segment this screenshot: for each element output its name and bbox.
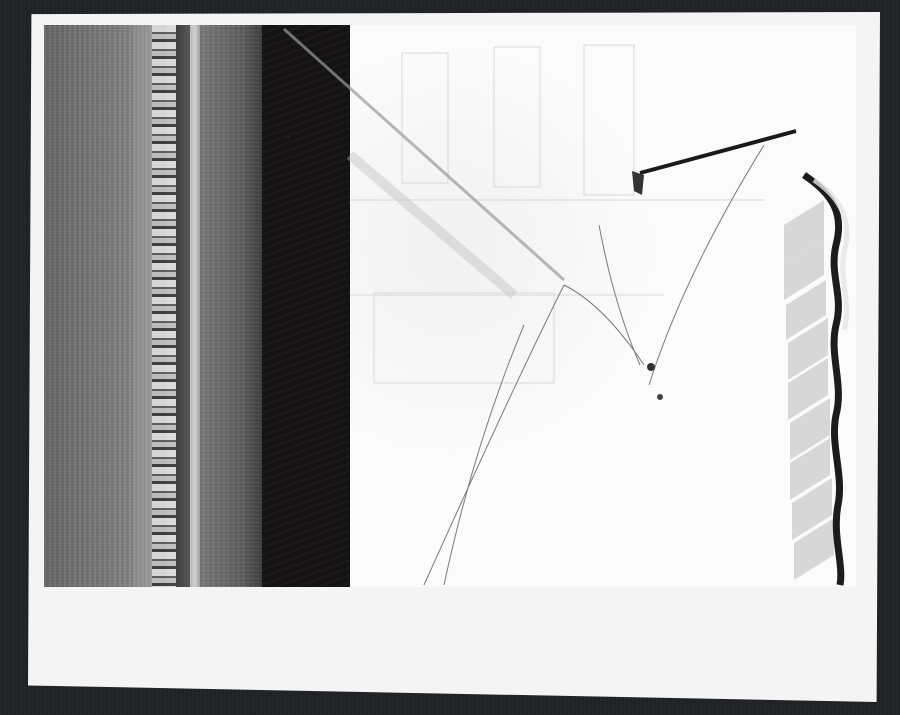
rope-shadows [784,200,834,580]
metal-rod [640,131,796,173]
photograph [44,25,856,587]
wires [424,145,764,585]
wall-details [44,25,856,587]
